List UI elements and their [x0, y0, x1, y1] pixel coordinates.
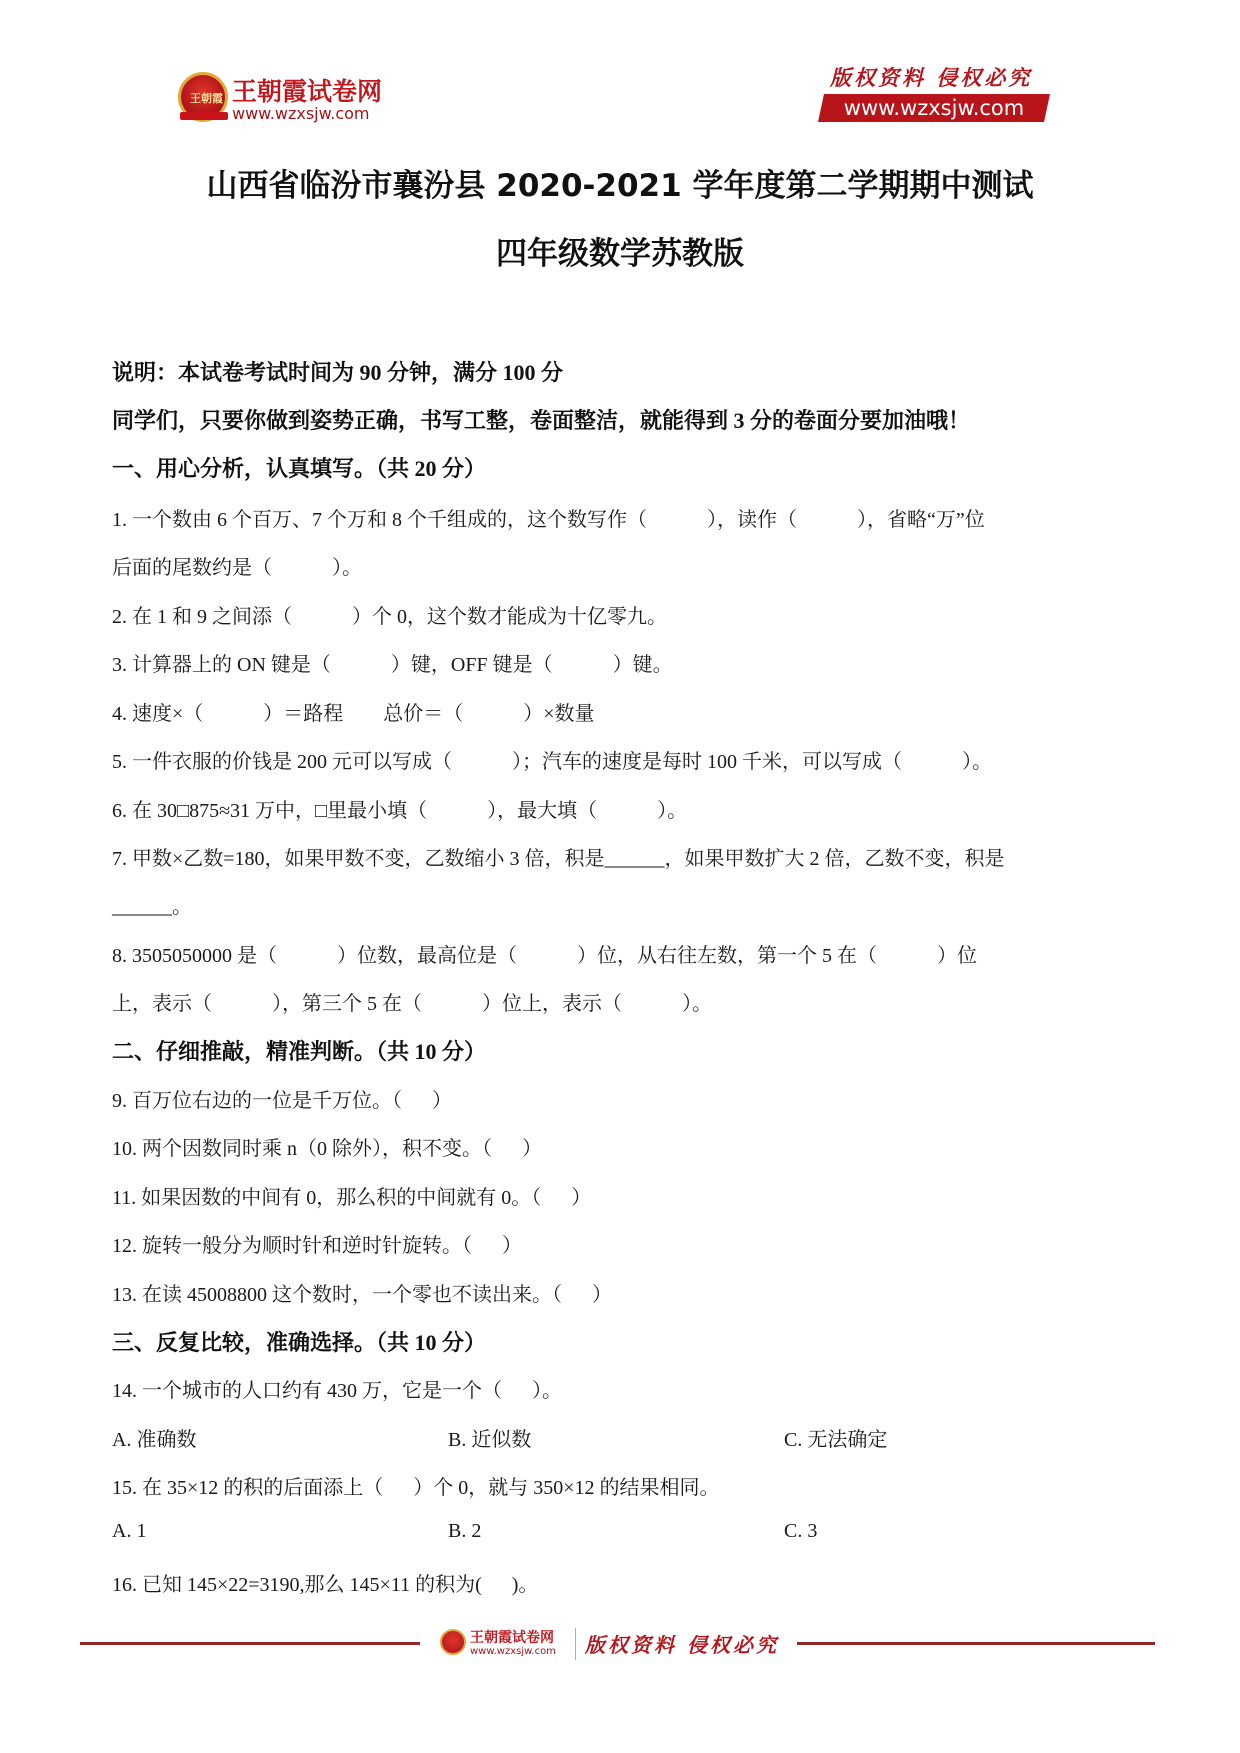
section-heading-3: 三、反复比较，准确选择。（共 10 分） [112, 1326, 486, 1357]
exam-encouragement: 同学们，只要你做到姿势正确，书写工整，卷面整洁，就能得到 3 分的卷面分要加油哦… [112, 404, 970, 435]
footer-rule-right [797, 1642, 1155, 1645]
question-12: 12. 旋转一般分为顺时针和逆时针旋转。（ ） [112, 1229, 522, 1258]
site-logo: 王朝霞 王朝霞试卷网 www.wzxsjw.com [178, 68, 408, 128]
copyright-notice: 版权资料 侵权必究 [830, 62, 1032, 92]
footer-copyright: 版权资料 侵权必究 [585, 1629, 779, 1658]
question-8-line-2: 上，表示（ ），第三个 5 在（ ）位上，表示（ ）。 [112, 987, 712, 1016]
footer-badge-icon [440, 1629, 466, 1655]
page-title: 山西省临汾市襄汾县 2020-2021 学年度第二学期期中测试 [0, 160, 1240, 205]
question-14-option-c: C. 无法确定 [784, 1423, 887, 1452]
question-2: 2. 在 1 和 9 之间添（ ）个 0，这个数才能成为十亿零九。 [112, 600, 667, 629]
question-8-line-1: 8. 3505050000 是（ ）位数，最高位是（ ）位，从右往左数，第一个 … [112, 939, 977, 968]
brand-name: 王朝霞试卷网 [232, 72, 382, 108]
footer-brand-name: 王朝霞试卷网 [470, 1627, 554, 1647]
url-banner-text: www.wzxsjw.com [818, 94, 1050, 122]
question-9: 9. 百万位右边的一位是千万位。（ ） [112, 1084, 452, 1113]
section-heading-1: 一、用心分析，认真填写。（共 20 分） [112, 452, 486, 483]
footer-brand-url: www.wzxsjw.com [470, 1646, 556, 1657]
brand-url: www.wzxsjw.com [232, 104, 369, 123]
question-14-option-b: B. 近似数 [448, 1423, 531, 1452]
question-10: 10. 两个因数同时乘 n（0 除外），积不变。（ ） [112, 1132, 542, 1161]
question-16: 16. 已知 145×22=3190,那么 145×11 的积为( )。 [112, 1568, 538, 1597]
badge-text: 王朝霞 [190, 90, 223, 106]
question-11: 11. 如果因数的中间有 0，那么积的中间就有 0。（ ） [112, 1181, 591, 1210]
page-subtitle: 四年级数学苏教版 [0, 228, 1240, 273]
question-15: 15. 在 35×12 的积的后面添上（ ）个 0，就与 350×12 的结果相… [112, 1471, 720, 1500]
question-6: 6. 在 30□875≈31 万中，□里最小填（ ），最大填（ ）。 [112, 794, 687, 823]
section-heading-2: 二、仔细推敲，精准判断。（共 10 分） [112, 1035, 486, 1066]
badge-ribbon-icon [180, 112, 228, 120]
footer-logo: 王朝霞试卷网 www.wzxsjw.com [440, 1627, 580, 1663]
footer-rule-left [80, 1642, 420, 1645]
question-14-option-a: A. 准确数 [112, 1423, 196, 1452]
question-15-option-a: A. 1 [112, 1520, 146, 1543]
footer-divider [575, 1628, 576, 1660]
question-1-line-1: 1. 一个数由 6 个百万、7 个万和 8 个千组成的，这个数写作（ ），读作（… [112, 503, 985, 532]
question-13: 13. 在读 45008800 这个数时，一个零也不读出来。（ ） [112, 1278, 612, 1307]
exam-note: 说明：本试卷考试时间为 90 分钟，满分 100 分 [112, 356, 563, 387]
question-15-option-c: C. 3 [784, 1520, 817, 1543]
url-banner: www.wzxsjw.com [818, 94, 1050, 122]
question-3: 3. 计算器上的 ON 键是（ ）键，OFF 键是（ ）键。 [112, 648, 673, 677]
question-4: 4. 速度×（ ）＝路程 总价＝（ ）×数量 [112, 697, 595, 726]
copyright-header: 版权资料 侵权必究 www.wzxsjw.com [818, 62, 1058, 124]
question-7-line-2: ______。 [112, 890, 192, 919]
question-5: 5. 一件衣服的价钱是 200 元可以写成（ ）；汽车的速度是每时 100 千米… [112, 745, 992, 774]
question-14: 14. 一个城市的人口约有 430 万，它是一个（ ）。 [112, 1374, 562, 1403]
question-1-line-2: 后面的尾数约是（ ）。 [112, 551, 362, 580]
question-7-line-1: 7. 甲数×乙数=180，如果甲数不变，乙数缩小 3 倍，积是______，如果… [112, 842, 1005, 871]
question-15-option-b: B. 2 [448, 1520, 481, 1543]
